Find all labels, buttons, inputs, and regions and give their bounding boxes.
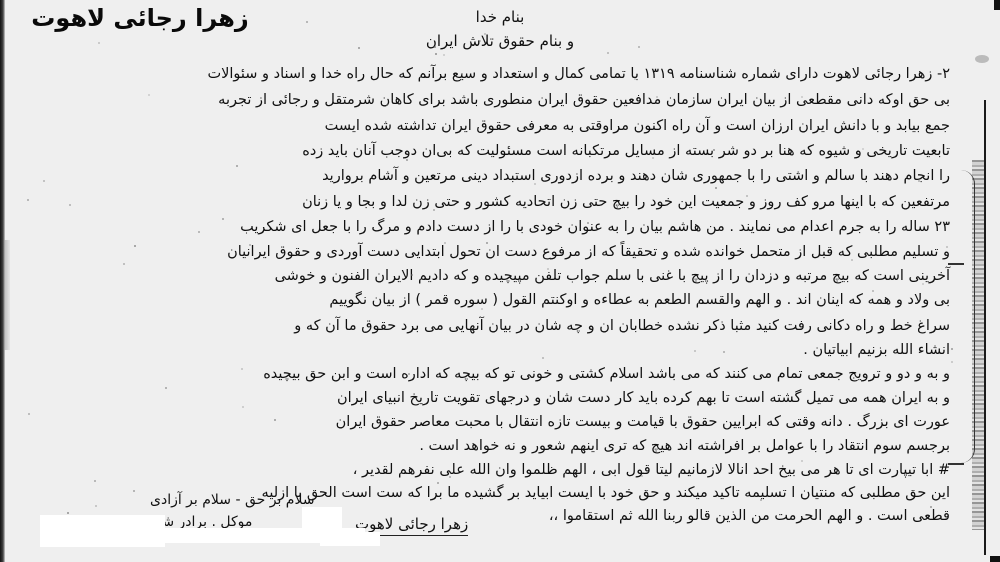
ink-smudge <box>975 55 989 63</box>
scan-speck <box>951 348 953 350</box>
scan-speck <box>94 480 96 482</box>
scan-speck <box>435 53 437 55</box>
scan-speck <box>872 290 874 292</box>
redaction-block <box>302 507 342 532</box>
scan-speck <box>726 428 728 430</box>
scan-speck <box>760 499 762 501</box>
letter-line: تابعیت تاریخی و شیوه که هنا بر دو شر بست… <box>30 143 950 159</box>
letter-line: و به و دو و ترویج جمعی تمام می کنند که م… <box>30 366 950 382</box>
letter-line: انشاء الله بزنیم ابیاتیان . <box>30 342 950 358</box>
scan-speck <box>641 475 643 477</box>
scan-speck <box>134 245 136 247</box>
scan-speck <box>406 159 408 161</box>
scan-shadow <box>4 240 10 350</box>
scan-speck <box>408 373 410 375</box>
author-name-heading: زهرا رجائی لاهوت <box>30 4 250 32</box>
scan-speck <box>236 165 238 167</box>
scan-speck <box>723 351 725 353</box>
scan-speck <box>481 308 483 310</box>
scan-speck <box>801 96 803 98</box>
scan-speck <box>607 52 609 54</box>
scan-speck <box>306 21 308 23</box>
scan-speck <box>486 242 488 244</box>
scan-speck <box>449 476 451 478</box>
letter-line: عورت ای بزرگ . دانه وقتی که ابرایین حقوق… <box>30 414 950 430</box>
margin-brace-icon <box>960 170 975 263</box>
scan-speck <box>241 368 243 370</box>
scan-speck <box>123 263 125 265</box>
scan-speck <box>444 242 446 244</box>
letter-line: برجسم سوم انتقاد را با عوامل بر افراشته … <box>30 438 950 454</box>
scan-speck <box>222 218 224 220</box>
letter-line: سراغ خط و راه دکانی رفت کنید مثبا ذکر نش… <box>30 318 950 334</box>
margin-brace-icon <box>960 263 975 463</box>
scan-speck <box>437 482 439 484</box>
brace-tip <box>948 263 964 265</box>
scan-speck <box>27 199 29 201</box>
redaction-block <box>40 515 165 547</box>
redaction-block <box>320 532 380 546</box>
scanned-letter-page: زهرا رجائی لاهوت بنام خدا و بنام حقوق تل… <box>0 0 1000 562</box>
letter-line: آخرینی است که بیچ مرتبه و دزدان را از پی… <box>30 268 950 284</box>
scan-speck <box>930 506 932 508</box>
letter-line: ۲۳ ساله را به جرم اعدام می نمایند . من ه… <box>30 219 950 235</box>
scan-speck <box>434 46 436 48</box>
closing-greeting: سلام بر حق - سلام بر آزادی <box>150 492 315 508</box>
scan-speck <box>165 387 167 389</box>
scan-speck <box>443 54 445 56</box>
scan-speck <box>713 149 715 151</box>
invocation-line: بنام خدا <box>420 8 580 26</box>
letter-line: را انجام دهند با سالم و اشتی را با جمهور… <box>30 168 950 184</box>
scan-speck <box>922 283 924 285</box>
scan-speck <box>715 187 717 189</box>
scan-speck <box>358 47 360 49</box>
dedication-line: و بنام حقوق تلاش ایران <box>400 32 600 50</box>
scan-speck <box>638 46 640 48</box>
letter-line: جمع بیابد و با دانش ایران ارزان است و آن… <box>30 118 950 134</box>
scan-speck <box>433 209 435 211</box>
scan-speck <box>951 361 953 363</box>
scan-speck <box>851 259 853 261</box>
scan-speck <box>652 157 654 159</box>
scan-corner <box>994 0 1000 10</box>
page-fold-line <box>984 100 986 555</box>
brace-tip <box>948 463 964 465</box>
scan-speck <box>43 180 45 182</box>
scan-speck <box>242 406 244 408</box>
letter-line: # ابا تیپارت ای تا هر می بیخ احد انالا ل… <box>30 462 950 478</box>
letter-line: ۲- زهرا رجائی لاهوت دارای شماره شناسنامه… <box>30 66 950 82</box>
scan-speck <box>547 268 549 270</box>
letter-line: و تسلیم مطلبی که قبل از متحمل خوانده شده… <box>30 244 950 260</box>
scan-speck <box>587 222 589 224</box>
scan-speck <box>411 274 413 276</box>
letter-line: و به ایران همه می تمیل گشته است تا بهم ک… <box>30 390 950 406</box>
scan-corner <box>990 556 1000 562</box>
scan-speck <box>542 357 544 359</box>
scan-speck <box>534 183 536 185</box>
scan-speck <box>95 505 97 507</box>
letter-line: بی حق اوکه دانی مقطعی از بیان ایران سازم… <box>30 92 950 108</box>
scan-speck <box>461 73 463 75</box>
scan-speck <box>98 42 100 44</box>
scan-speck <box>479 40 481 42</box>
letter-line: مرتفعین که با اینها مرو کف روز و جمعیت ا… <box>30 194 950 210</box>
letter-line: بی ولاد و همه که اینان اند . و الهم والق… <box>30 292 950 308</box>
